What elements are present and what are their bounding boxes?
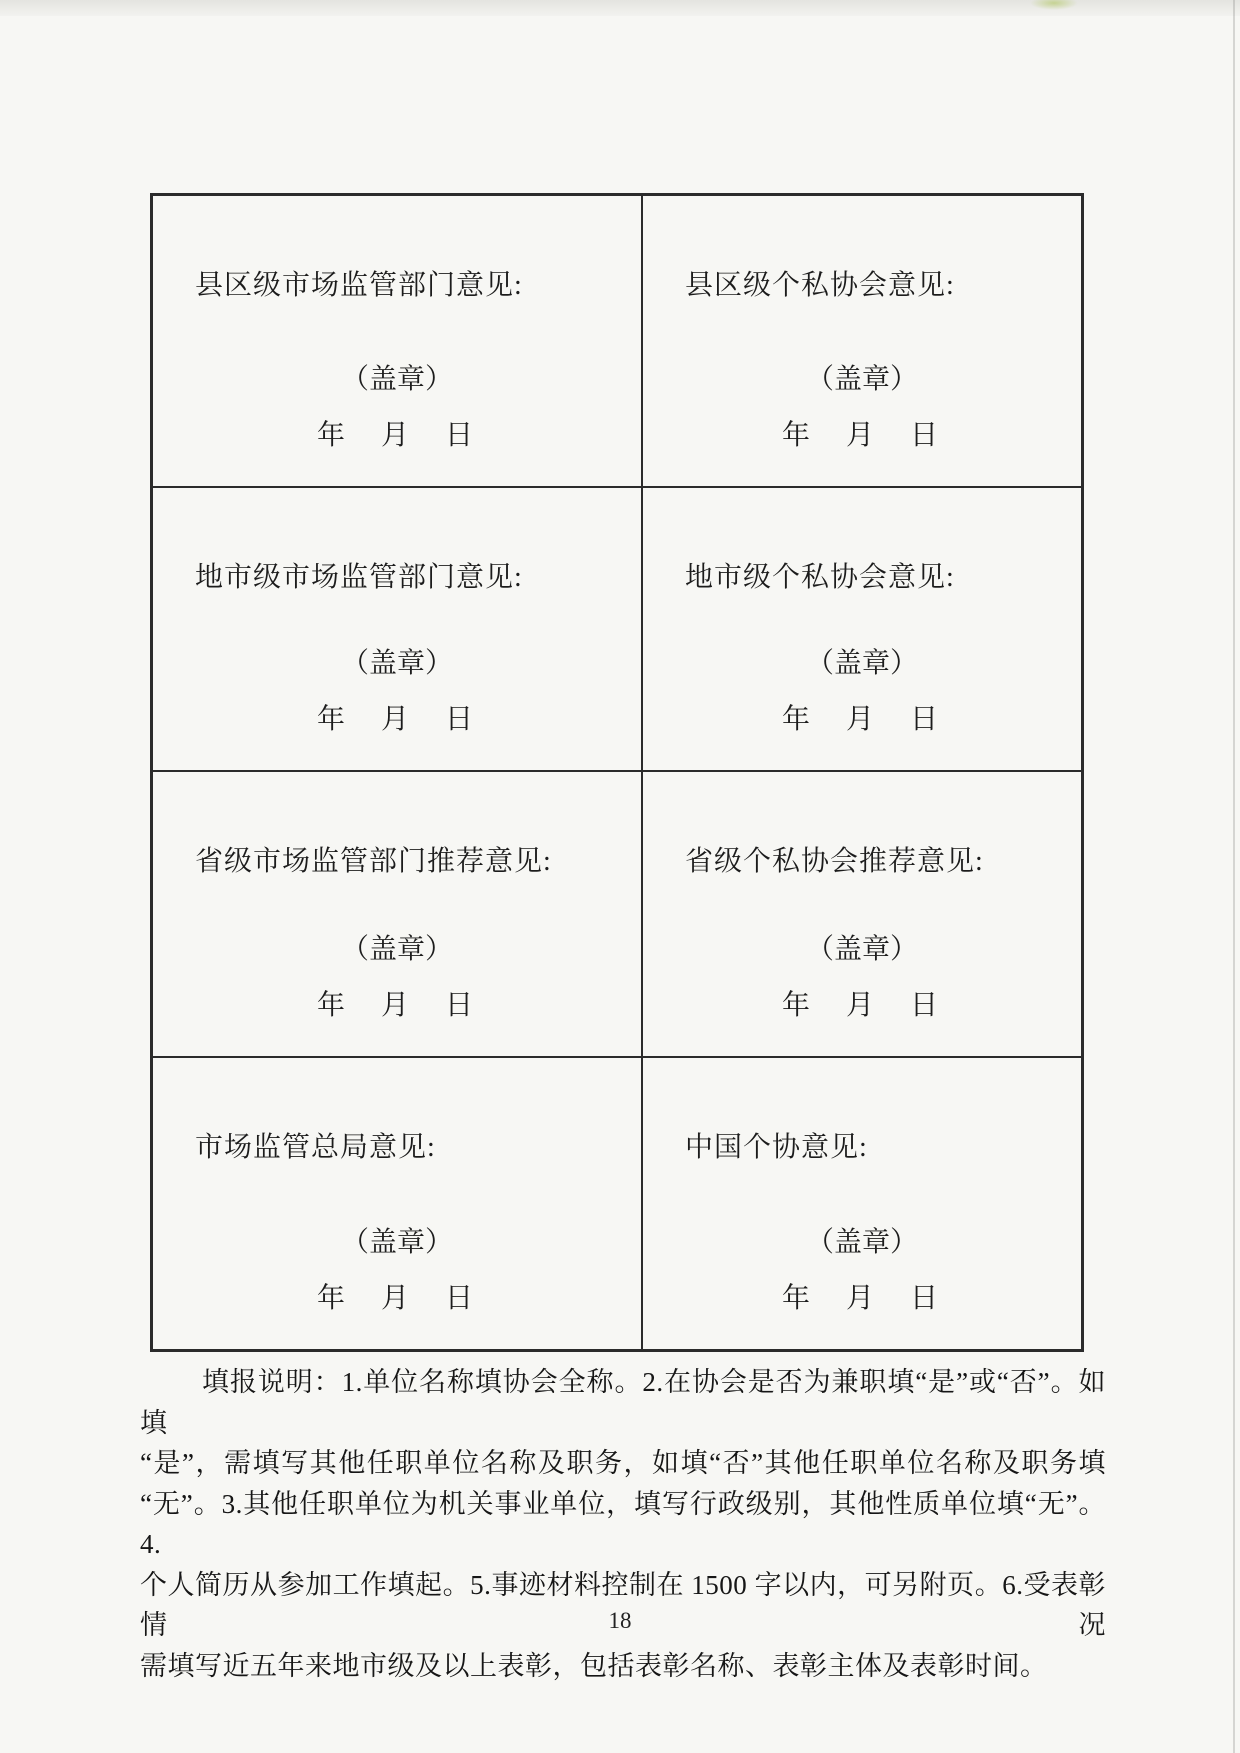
seal-label: （盖章） — [153, 1227, 641, 1259]
cell-spacer — [643, 1164, 1081, 1227]
seal-label: （盖章） — [643, 1227, 1081, 1259]
cell-china-private-association-opinion: 中国个协意见: （盖章） 年 月 日 — [643, 1058, 1081, 1349]
opinion-signoff-table: 县区级市场监管部门意见: （盖章） 年 月 日 县区级个私协会意见: （盖章） … — [150, 193, 1084, 1352]
cell-title: 地市级市场监管部门意见: — [195, 562, 629, 594]
date-label: 年 月 日 — [153, 704, 641, 736]
cell-title: 县区级市场监管部门意见: — [195, 270, 629, 302]
cell-title: 省级个私协会推荐意见: — [685, 846, 1069, 878]
seal-label: （盖章） — [643, 648, 1081, 680]
cell-county-market-regulator-opinion: 县区级市场监管部门意见: （盖章） 年 月 日 — [153, 196, 643, 488]
cell-spacer — [643, 594, 1081, 648]
seal-label: （盖章） — [153, 934, 641, 966]
cell-title: 市场监管总局意见: — [195, 1132, 629, 1164]
cell-title: 县区级个私协会意见: — [685, 270, 1069, 302]
seal-label: （盖章） — [643, 364, 1081, 396]
filling-instructions: 填报说明：1.单位名称填协会全称。2.在协会是否为兼职填“是”或“否”。如填 “… — [140, 1362, 1106, 1686]
date-label: 年 月 日 — [643, 420, 1081, 452]
date-label: 年 月 日 — [643, 704, 1081, 736]
scan-edge-line — [1233, 0, 1235, 1753]
cell-title: 中国个协意见: — [685, 1132, 1069, 1164]
cell-city-market-regulator-opinion: 地市级市场监管部门意见: （盖章） 年 月 日 — [153, 488, 643, 772]
date-label: 年 月 日 — [153, 420, 641, 452]
scan-smudge-artifact — [1030, 0, 1078, 10]
cell-spacer — [643, 878, 1081, 934]
cell-province-market-regulator-recommendation: 省级市场监管部门推荐意见: （盖章） 年 月 日 — [153, 772, 643, 1058]
cell-spacer — [153, 302, 641, 364]
cell-spacer — [153, 1164, 641, 1227]
cell-county-private-association-opinion: 县区级个私协会意见: （盖章） 年 月 日 — [643, 196, 1081, 488]
cell-title: 省级市场监管部门推荐意见: — [195, 846, 629, 878]
date-label: 年 月 日 — [153, 1283, 641, 1315]
date-label: 年 月 日 — [643, 1283, 1081, 1315]
cell-spacer — [153, 878, 641, 934]
instruction-line: 需填写近五年来地市级及以上表彰，包括表彰名称、表彰主体及表彰时间。 — [140, 1646, 1106, 1687]
cell-province-private-association-recommendation: 省级个私协会推荐意见: （盖章） 年 月 日 — [643, 772, 1081, 1058]
seal-label: （盖章） — [153, 648, 641, 680]
cell-title: 地市级个私协会意见: — [685, 562, 1069, 594]
seal-label: （盖章） — [153, 364, 641, 396]
instruction-line: “无”。3.其他任职单位为机关事业单位，填写行政级别，其他性质单位填“无”。4. — [140, 1484, 1106, 1565]
seal-label: （盖章） — [643, 934, 1081, 966]
cell-city-private-association-opinion: 地市级个私协会意见: （盖章） 年 月 日 — [643, 488, 1081, 772]
instruction-line: 填报说明：1.单位名称填协会全称。2.在协会是否为兼职填“是”或“否”。如填 — [140, 1362, 1106, 1443]
date-label: 年 月 日 — [153, 990, 641, 1022]
page-number: 18 — [0, 1608, 1240, 1634]
cell-spacer — [153, 594, 641, 648]
instruction-line: “是”，需填写其他任职单位名称及职务，如填“否”其他任职单位名称及职务填 — [140, 1443, 1106, 1484]
cell-samr-headquarters-opinion: 市场监管总局意见: （盖章） 年 月 日 — [153, 1058, 643, 1349]
cell-spacer — [643, 302, 1081, 364]
date-label: 年 月 日 — [643, 990, 1081, 1022]
